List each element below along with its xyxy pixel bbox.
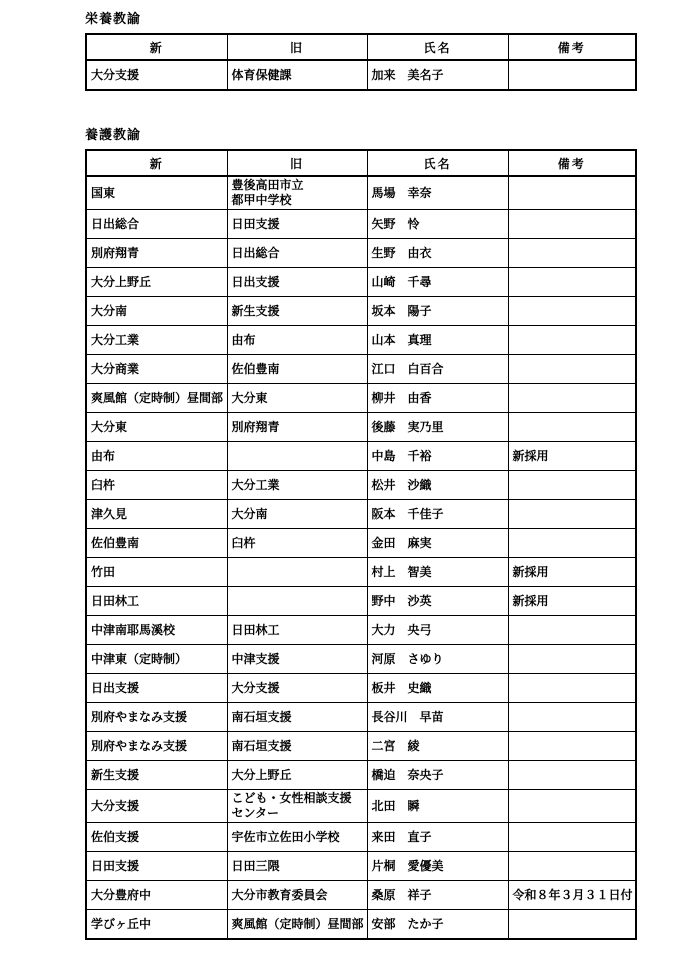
cell-note: 新採用 — [508, 587, 636, 616]
cell-old: 別府翔青 — [227, 413, 367, 442]
cell-new: 臼杵 — [86, 471, 227, 500]
cell-name: 加来 美名子 — [367, 60, 508, 90]
cell-old: 日出総合 — [227, 239, 367, 268]
cell-note — [508, 823, 636, 852]
cell-name: 片桐 愛優美 — [367, 852, 508, 881]
cell-note — [508, 616, 636, 645]
column-header-name: 氏名 — [367, 150, 508, 176]
cell-note — [508, 210, 636, 239]
table-row: 大分支援体育保健課加来 美名子 — [86, 60, 636, 90]
cell-old — [227, 587, 367, 616]
cell-note — [508, 413, 636, 442]
cell-old: 爽風館（定時制）昼間部 — [227, 910, 367, 940]
table-row: 由布中島 千裕新採用 — [86, 442, 636, 471]
cell-note — [508, 761, 636, 790]
cell-name: 橋迫 奈央子 — [367, 761, 508, 790]
section-school-nurse-teacher: 養護教諭 新 旧 氏名 備考 国東豊後高田市立 都甲中学校馬場 幸奈日出総合日田… — [85, 124, 638, 940]
cell-new: 中津東（定時制） — [86, 645, 227, 674]
cell-name: 江口 白百合 — [367, 355, 508, 384]
cell-note — [508, 176, 636, 210]
cell-name: 阪本 千佳子 — [367, 500, 508, 529]
cell-note — [508, 297, 636, 326]
table-header-row: 新 旧 氏名 備考 — [86, 150, 636, 176]
school-nurse-teacher-table: 新 旧 氏名 備考 国東豊後高田市立 都甲中学校馬場 幸奈日出総合日田支援矢野 … — [85, 149, 637, 940]
cell-name: 金田 麻実 — [367, 529, 508, 558]
table-row: 大分東別府翔青後藤 実乃里 — [86, 413, 636, 442]
table-row: 別府翔青日出総合生野 由衣 — [86, 239, 636, 268]
cell-old: 臼杵 — [227, 529, 367, 558]
cell-name: 山本 真理 — [367, 326, 508, 355]
table-row: 臼杵大分工業松井 沙織 — [86, 471, 636, 500]
cell-name: 来田 直子 — [367, 823, 508, 852]
cell-new: 大分豊府中 — [86, 881, 227, 910]
cell-old: 佐伯豊南 — [227, 355, 367, 384]
cell-note — [508, 732, 636, 761]
cell-note: 新採用 — [508, 558, 636, 587]
cell-name: 河原 さゆり — [367, 645, 508, 674]
table-row: 日出支援大分支援板井 史織 — [86, 674, 636, 703]
cell-name: 坂本 陽子 — [367, 297, 508, 326]
cell-old: 豊後高田市立 都甲中学校 — [227, 176, 367, 210]
cell-new: 国東 — [86, 176, 227, 210]
cell-note — [508, 60, 636, 90]
cell-old: 宇佐市立佐田小学校 — [227, 823, 367, 852]
table-body: 国東豊後高田市立 都甲中学校馬場 幸奈日出総合日田支援矢野 怜別府翔青日出総合生… — [86, 176, 636, 939]
cell-note — [508, 703, 636, 732]
table-row: 大分南新生支援坂本 陽子 — [86, 297, 636, 326]
cell-note — [508, 500, 636, 529]
cell-note: 新採用 — [508, 442, 636, 471]
cell-new: 日田支援 — [86, 852, 227, 881]
cell-new: 別府やまなみ支援 — [86, 703, 227, 732]
cell-name: 後藤 実乃里 — [367, 413, 508, 442]
table-row: 大分支援こども・女性相談支援 センター北田 瞬 — [86, 790, 636, 823]
cell-old — [227, 442, 367, 471]
cell-note — [508, 384, 636, 413]
table-body: 大分支援体育保健課加来 美名子 — [86, 60, 636, 90]
table-row: 中津南耶馬溪校日田林工大力 央弓 — [86, 616, 636, 645]
cell-old: 日田林工 — [227, 616, 367, 645]
table-row: 津久見大分南阪本 千佳子 — [86, 500, 636, 529]
cell-note: 令和８年３月３１日付 — [508, 881, 636, 910]
cell-new: 日出支援 — [86, 674, 227, 703]
cell-new: 爽風館（定時制）昼間部 — [86, 384, 227, 413]
cell-old — [227, 558, 367, 587]
cell-new: 中津南耶馬溪校 — [86, 616, 227, 645]
table-row: 日田林工野中 沙英新採用 — [86, 587, 636, 616]
table-row: 大分豊府中大分市教育委員会桑原 祥子令和８年３月３１日付 — [86, 881, 636, 910]
cell-old: こども・女性相談支援 センター — [227, 790, 367, 823]
cell-name: 村上 智美 — [367, 558, 508, 587]
cell-new: 竹田 — [86, 558, 227, 587]
cell-old: 体育保健課 — [227, 60, 367, 90]
cell-note — [508, 355, 636, 384]
cell-new: 佐伯豊南 — [86, 529, 227, 558]
cell-old: 中津支援 — [227, 645, 367, 674]
table-row: 中津東（定時制）中津支援河原 さゆり — [86, 645, 636, 674]
cell-old: 日田三隈 — [227, 852, 367, 881]
column-header-note: 備考 — [508, 150, 636, 176]
cell-new: 大分商業 — [86, 355, 227, 384]
cell-note — [508, 674, 636, 703]
cell-new: 津久見 — [86, 500, 227, 529]
cell-old: 大分上野丘 — [227, 761, 367, 790]
cell-note — [508, 529, 636, 558]
cell-new: 日出総合 — [86, 210, 227, 239]
table-row: 爽風館（定時制）昼間部大分東柳井 由香 — [86, 384, 636, 413]
cell-new: 佐伯支援 — [86, 823, 227, 852]
cell-name: 二宮 綾 — [367, 732, 508, 761]
table-row: 竹田村上 智美新採用 — [86, 558, 636, 587]
section-title-school-nurse-teacher: 養護教諭 — [85, 124, 638, 143]
cell-name: 長谷川 早苗 — [367, 703, 508, 732]
cell-new: 別府やまなみ支援 — [86, 732, 227, 761]
table-row: 新生支援大分上野丘橋迫 奈央子 — [86, 761, 636, 790]
cell-note — [508, 326, 636, 355]
cell-old: 大分東 — [227, 384, 367, 413]
cell-new: 大分上野丘 — [86, 268, 227, 297]
table-row: 日田支援日田三隈片桐 愛優美 — [86, 852, 636, 881]
cell-new: 大分南 — [86, 297, 227, 326]
table-row: 別府やまなみ支援南石垣支援長谷川 早苗 — [86, 703, 636, 732]
cell-new: 大分支援 — [86, 60, 227, 90]
cell-note — [508, 239, 636, 268]
cell-name: 生野 由衣 — [367, 239, 508, 268]
section-nutrition-teacher: 栄養教諭 新 旧 氏名 備考 大分支援体育保健課加来 美名子 — [85, 8, 638, 91]
table-row: 佐伯支援宇佐市立佐田小学校来田 直子 — [86, 823, 636, 852]
table-row: 別府やまなみ支援南石垣支援二宮 綾 — [86, 732, 636, 761]
cell-new: 大分東 — [86, 413, 227, 442]
table-row: 大分商業佐伯豊南江口 白百合 — [86, 355, 636, 384]
cell-old: 日田支援 — [227, 210, 367, 239]
cell-note — [508, 910, 636, 940]
cell-old: 南石垣支援 — [227, 703, 367, 732]
cell-name: 山崎 千尋 — [367, 268, 508, 297]
cell-name: 野中 沙英 — [367, 587, 508, 616]
column-header-new: 新 — [86, 150, 227, 176]
section-title-nutrition-teacher: 栄養教諭 — [85, 8, 638, 27]
cell-note — [508, 268, 636, 297]
cell-name: 板井 史織 — [367, 674, 508, 703]
cell-new: 日田林工 — [86, 587, 227, 616]
cell-note — [508, 645, 636, 674]
cell-name: 北田 瞬 — [367, 790, 508, 823]
nutrition-teacher-table: 新 旧 氏名 備考 大分支援体育保健課加来 美名子 — [85, 33, 637, 91]
table-header-row: 新 旧 氏名 備考 — [86, 34, 636, 60]
cell-old: 大分南 — [227, 500, 367, 529]
table-row: 佐伯豊南臼杵金田 麻実 — [86, 529, 636, 558]
column-header-old: 旧 — [227, 34, 367, 60]
cell-old: 南石垣支援 — [227, 732, 367, 761]
cell-old: 新生支援 — [227, 297, 367, 326]
table-row: 国東豊後高田市立 都甲中学校馬場 幸奈 — [86, 176, 636, 210]
cell-note — [508, 471, 636, 500]
table-row: 日出総合日田支援矢野 怜 — [86, 210, 636, 239]
cell-new: 大分工業 — [86, 326, 227, 355]
cell-name: 松井 沙織 — [367, 471, 508, 500]
cell-old: 由布 — [227, 326, 367, 355]
cell-note — [508, 852, 636, 881]
column-header-note: 備考 — [508, 34, 636, 60]
section-spacer — [85, 91, 638, 124]
cell-note — [508, 790, 636, 823]
cell-new: 学びヶ丘中 — [86, 910, 227, 940]
cell-name: 馬場 幸奈 — [367, 176, 508, 210]
column-header-new: 新 — [86, 34, 227, 60]
cell-new: 大分支援 — [86, 790, 227, 823]
cell-new: 別府翔青 — [86, 239, 227, 268]
cell-new: 由布 — [86, 442, 227, 471]
column-header-old: 旧 — [227, 150, 367, 176]
cell-old: 大分支援 — [227, 674, 367, 703]
document-page: 栄養教諭 新 旧 氏名 備考 大分支援体育保健課加来 美名子 養護教諭 — [0, 0, 638, 940]
cell-name: 桑原 祥子 — [367, 881, 508, 910]
cell-old: 大分工業 — [227, 471, 367, 500]
table-row: 学びヶ丘中爽風館（定時制）昼間部安部 たか子 — [86, 910, 636, 940]
cell-old: 大分市教育委員会 — [227, 881, 367, 910]
cell-old: 日出支援 — [227, 268, 367, 297]
cell-name: 安部 たか子 — [367, 910, 508, 940]
table-row: 大分上野丘日出支援山崎 千尋 — [86, 268, 636, 297]
table-row: 大分工業由布山本 真理 — [86, 326, 636, 355]
cell-name: 中島 千裕 — [367, 442, 508, 471]
cell-name: 柳井 由香 — [367, 384, 508, 413]
cell-name: 矢野 怜 — [367, 210, 508, 239]
cell-name: 大力 央弓 — [367, 616, 508, 645]
column-header-name: 氏名 — [367, 34, 508, 60]
cell-new: 新生支援 — [86, 761, 227, 790]
